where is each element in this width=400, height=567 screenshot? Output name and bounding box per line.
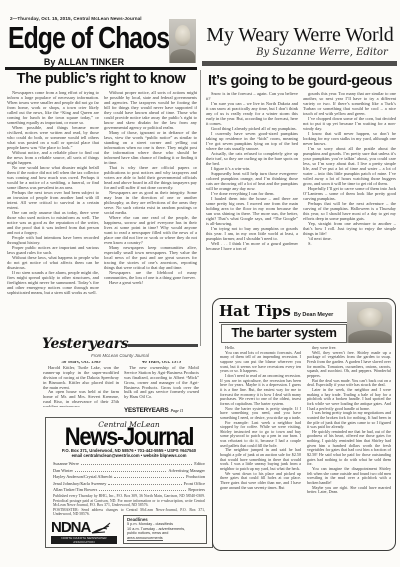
paragraph: People with bad intentions have been rec… (7, 235, 99, 245)
dotted-leader (81, 461, 192, 466)
paragraph: Harold Kittler, Turtle Lake, won the run… (43, 366, 119, 391)
masthead-box: Central McLean News-Journal P.O. Box 371… (45, 417, 213, 548)
deadlines-box: Deadlines 5 p.m. Monday - classifieds10 … (123, 515, 207, 545)
paragraph: I hauled them into the house – and there… (206, 196, 298, 226)
allan-tinker-photo (169, 19, 196, 63)
dotted-leader (99, 487, 186, 492)
edge-of-chaos-title: Edge of Chaos (8, 22, 184, 53)
paragraph: Snow is in the forecast – again. Can you… (206, 91, 298, 101)
paragraph: When possible, and things became more ci… (7, 125, 99, 150)
yesteryears-jump: YESTERYEARSPage 11 (124, 407, 183, 414)
paragraph: Perhaps that will be the next adventure … (303, 201, 396, 221)
paragraph: Have a great week! (104, 280, 197, 285)
paragraph: I currently have seven good-sized pumpki… (206, 131, 298, 151)
paragraph: Without proper notice, all sorts of acti… (104, 90, 197, 130)
paragraph: I know that will never happen, so don’t … (303, 131, 396, 146)
staff-name: Allan Tinker/Tim Bowers (53, 488, 97, 493)
paragraph: An open house was held at the farm home … (43, 390, 119, 407)
hat-tips-column-2: they were free.Well, they weren’t free. … (307, 346, 391, 546)
hat-tips-header: Hat TipsBy Dean Meyer (219, 303, 349, 323)
paragraph: Without notice, and a reliable place to … (7, 150, 99, 165)
ndna-logo-top: NDNA (51, 520, 117, 535)
dotted-leader (114, 474, 184, 479)
yesteryears-rule (128, 344, 198, 347)
paragraph: Actually, the cats refused to completely… (206, 151, 298, 166)
hat-tips-box: Hat TipsBy Dean Meyer The barter system … (212, 298, 396, 551)
paragraph: Now the barter system is pretty simple. … (220, 407, 301, 421)
dotted-leader (108, 480, 181, 485)
header-rule-right (202, 61, 397, 66)
edge-of-chaos-column-2: Without proper notice, all sorts of acti… (104, 90, 197, 342)
paragraph: Well, they weren’t free. Shirley made up… (307, 351, 391, 379)
masthead-contact: email centralmclean@westriv.com • websit… (46, 454, 212, 459)
hat-tips-column-1: Hello.You can read lots of economic fore… (220, 346, 301, 546)
paragraph: I’ve chopped down some of the corn, but … (303, 116, 396, 131)
paragraph: Many of those, ignorant or in defiance o… (104, 130, 197, 165)
publication-notice: Published every Thursday by BHG, Inc., P… (53, 494, 205, 507)
fanned-pages-icon (90, 520, 112, 535)
masthead-name: News-Journal (56, 426, 202, 450)
paragraph: Later in the week, the neighbor and I we… (307, 388, 391, 411)
werre-world-byline: By Suzanne Werre, Editor (248, 47, 396, 58)
deadlines-list: 5 p.m. Monday - classifieds10 a.m. Tuesd… (127, 522, 203, 541)
paragraph: area announcements (127, 536, 163, 542)
paragraph: You can read lots of economic forecasts.… (220, 351, 301, 374)
staff-role: Front Office (184, 482, 205, 487)
edge-of-chaos-headline: The public’s right to know (4, 72, 198, 87)
staff-name: Hayley Anderson/Crystal Albrecht (53, 475, 112, 480)
yesteryears-source: From McLean County Journal (40, 353, 200, 358)
hat-tips-byline: By Dean Meyer (294, 312, 333, 318)
dotted-leader (75, 467, 166, 472)
header-rule-left (5, 67, 197, 70)
yesteryears-50-text: Harold Kittler, Turtle Lake, won the run… (43, 366, 119, 407)
staff-role: Editor (194, 462, 205, 467)
paragraph: Many newspapers keep communities alive, … (104, 245, 197, 270)
werre-world-headline: It’s going to be gourd-geous (202, 74, 398, 89)
staff-role: Production (186, 475, 205, 480)
edge-of-chaos-column-1: Newspapers come from a long effort of tr… (7, 90, 99, 342)
ndna-wordmark: NDNA (51, 520, 90, 535)
paragraph: Yep, straight from one adventure to anot… (303, 221, 396, 236)
yesteryears-50-column: 50 Years, Oct. 1969 Harold Kittler, Turt… (43, 361, 119, 407)
paragraph: Proper public notices are important and … (7, 245, 99, 255)
paragraph: Maybe you are right. She could have marr… (307, 486, 391, 495)
paragraph: If no siren sounds a fire alarm, people … (7, 270, 99, 295)
paragraph: Hopefully I’ll get to carve some of them… (303, 186, 396, 201)
paragraph: Without these laws, what happens to peop… (7, 255, 99, 270)
ndna-logo: NDNA NORTH DAKOTA NEWSPAPER ASSOCIATION (51, 520, 117, 544)
paragraph: Well . . . I think I’m more of a gourd g… (206, 241, 298, 251)
ndna-subtitle: NORTH DAKOTA NEWSPAPER ASSOCIATION (51, 536, 117, 544)
paragraph: We went down to his place and picked up … (220, 472, 301, 491)
paragraph: Supposedly heat will help turn those eve… (206, 171, 298, 191)
paragraph: gourds this year. Too many that are simi… (303, 91, 396, 116)
paragraph: For example: Last week a neighbor had st… (220, 421, 301, 449)
yesteryears-jump-page: Page 11 (170, 408, 183, 413)
newspaper-page: 2—Thursday, Oct. 15, 2015, Central McLea… (0, 0, 400, 567)
hat-tips-headline: The barter system (221, 324, 347, 343)
edge-of-chaos-byline: By ALLAN TINKER (0, 57, 168, 67)
werre-world-column-1: Snow is in the forecast – again. Can you… (206, 91, 298, 295)
paragraph: I’m sure you can – we live in North Dako… (206, 101, 298, 126)
hat-tips-title: Hat Tips (219, 302, 291, 320)
yesteryears-jump-label: YESTERYEARS (124, 407, 168, 414)
masthead-staff-list: Suzanne WerreEditor Dan WinterAdvertisin… (53, 461, 205, 494)
paragraph: S. (303, 241, 396, 246)
paragraph: I don’t need to read of an oncoming rece… (220, 374, 301, 407)
paragraph: Newspapers are the lifeblood of many com… (104, 270, 197, 280)
paragraph: That is why there are official papers or… (104, 165, 197, 190)
werre-world-column-2: gourds this year. Too many that are simi… (303, 91, 396, 295)
paragraph: The new ownership of the Mobil Service S… (124, 366, 199, 400)
paragraph: Where else can one read of the people, t… (104, 215, 197, 245)
paragraph: Newspapers are as good as their integrit… (104, 190, 197, 215)
paragraph: Perhaps the next town over had been subj… (7, 190, 99, 210)
paragraph: He quickly reminded me that he had, out … (307, 430, 391, 467)
paragraph: No one would know what disaster might be… (7, 165, 99, 190)
paragraph: One can only assume that as today, there… (7, 210, 99, 235)
staff-role: Reporters (188, 488, 205, 493)
paragraph: I’m so sorry about all the prattle about… (303, 146, 396, 186)
staff-name: Dan Winter (53, 469, 73, 474)
yesteryears-title: Yesteryears (42, 337, 128, 351)
paragraph: I was being pretty tough in my negotiati… (307, 411, 391, 430)
werre-world-title: My Weary Werre World (202, 25, 398, 45)
paragraph: You can imagine the disappointment Shirl… (307, 467, 391, 486)
masthead-bottom-row: NDNA NORTH DAKOTA NEWSPAPER ASSOCIATION … (51, 515, 207, 545)
paragraph: Newspapers come from a long effort of tr… (7, 90, 99, 125)
paragraph: I’m trying not to buy any pumpkins or go… (206, 226, 298, 241)
paragraph: The neighbor jumped in and said he had b… (220, 448, 301, 471)
column-divider (200, 70, 201, 346)
yesteryears-40-text: The new ownership of the Mobil Service S… (124, 366, 199, 400)
staff-row: Allan Tinker/Tim BowersReporters (53, 487, 205, 494)
dean-meyer-photo (347, 302, 392, 343)
yesteryears-40-column: 40 Years, Oct. 1979 The new ownership of… (124, 361, 199, 407)
